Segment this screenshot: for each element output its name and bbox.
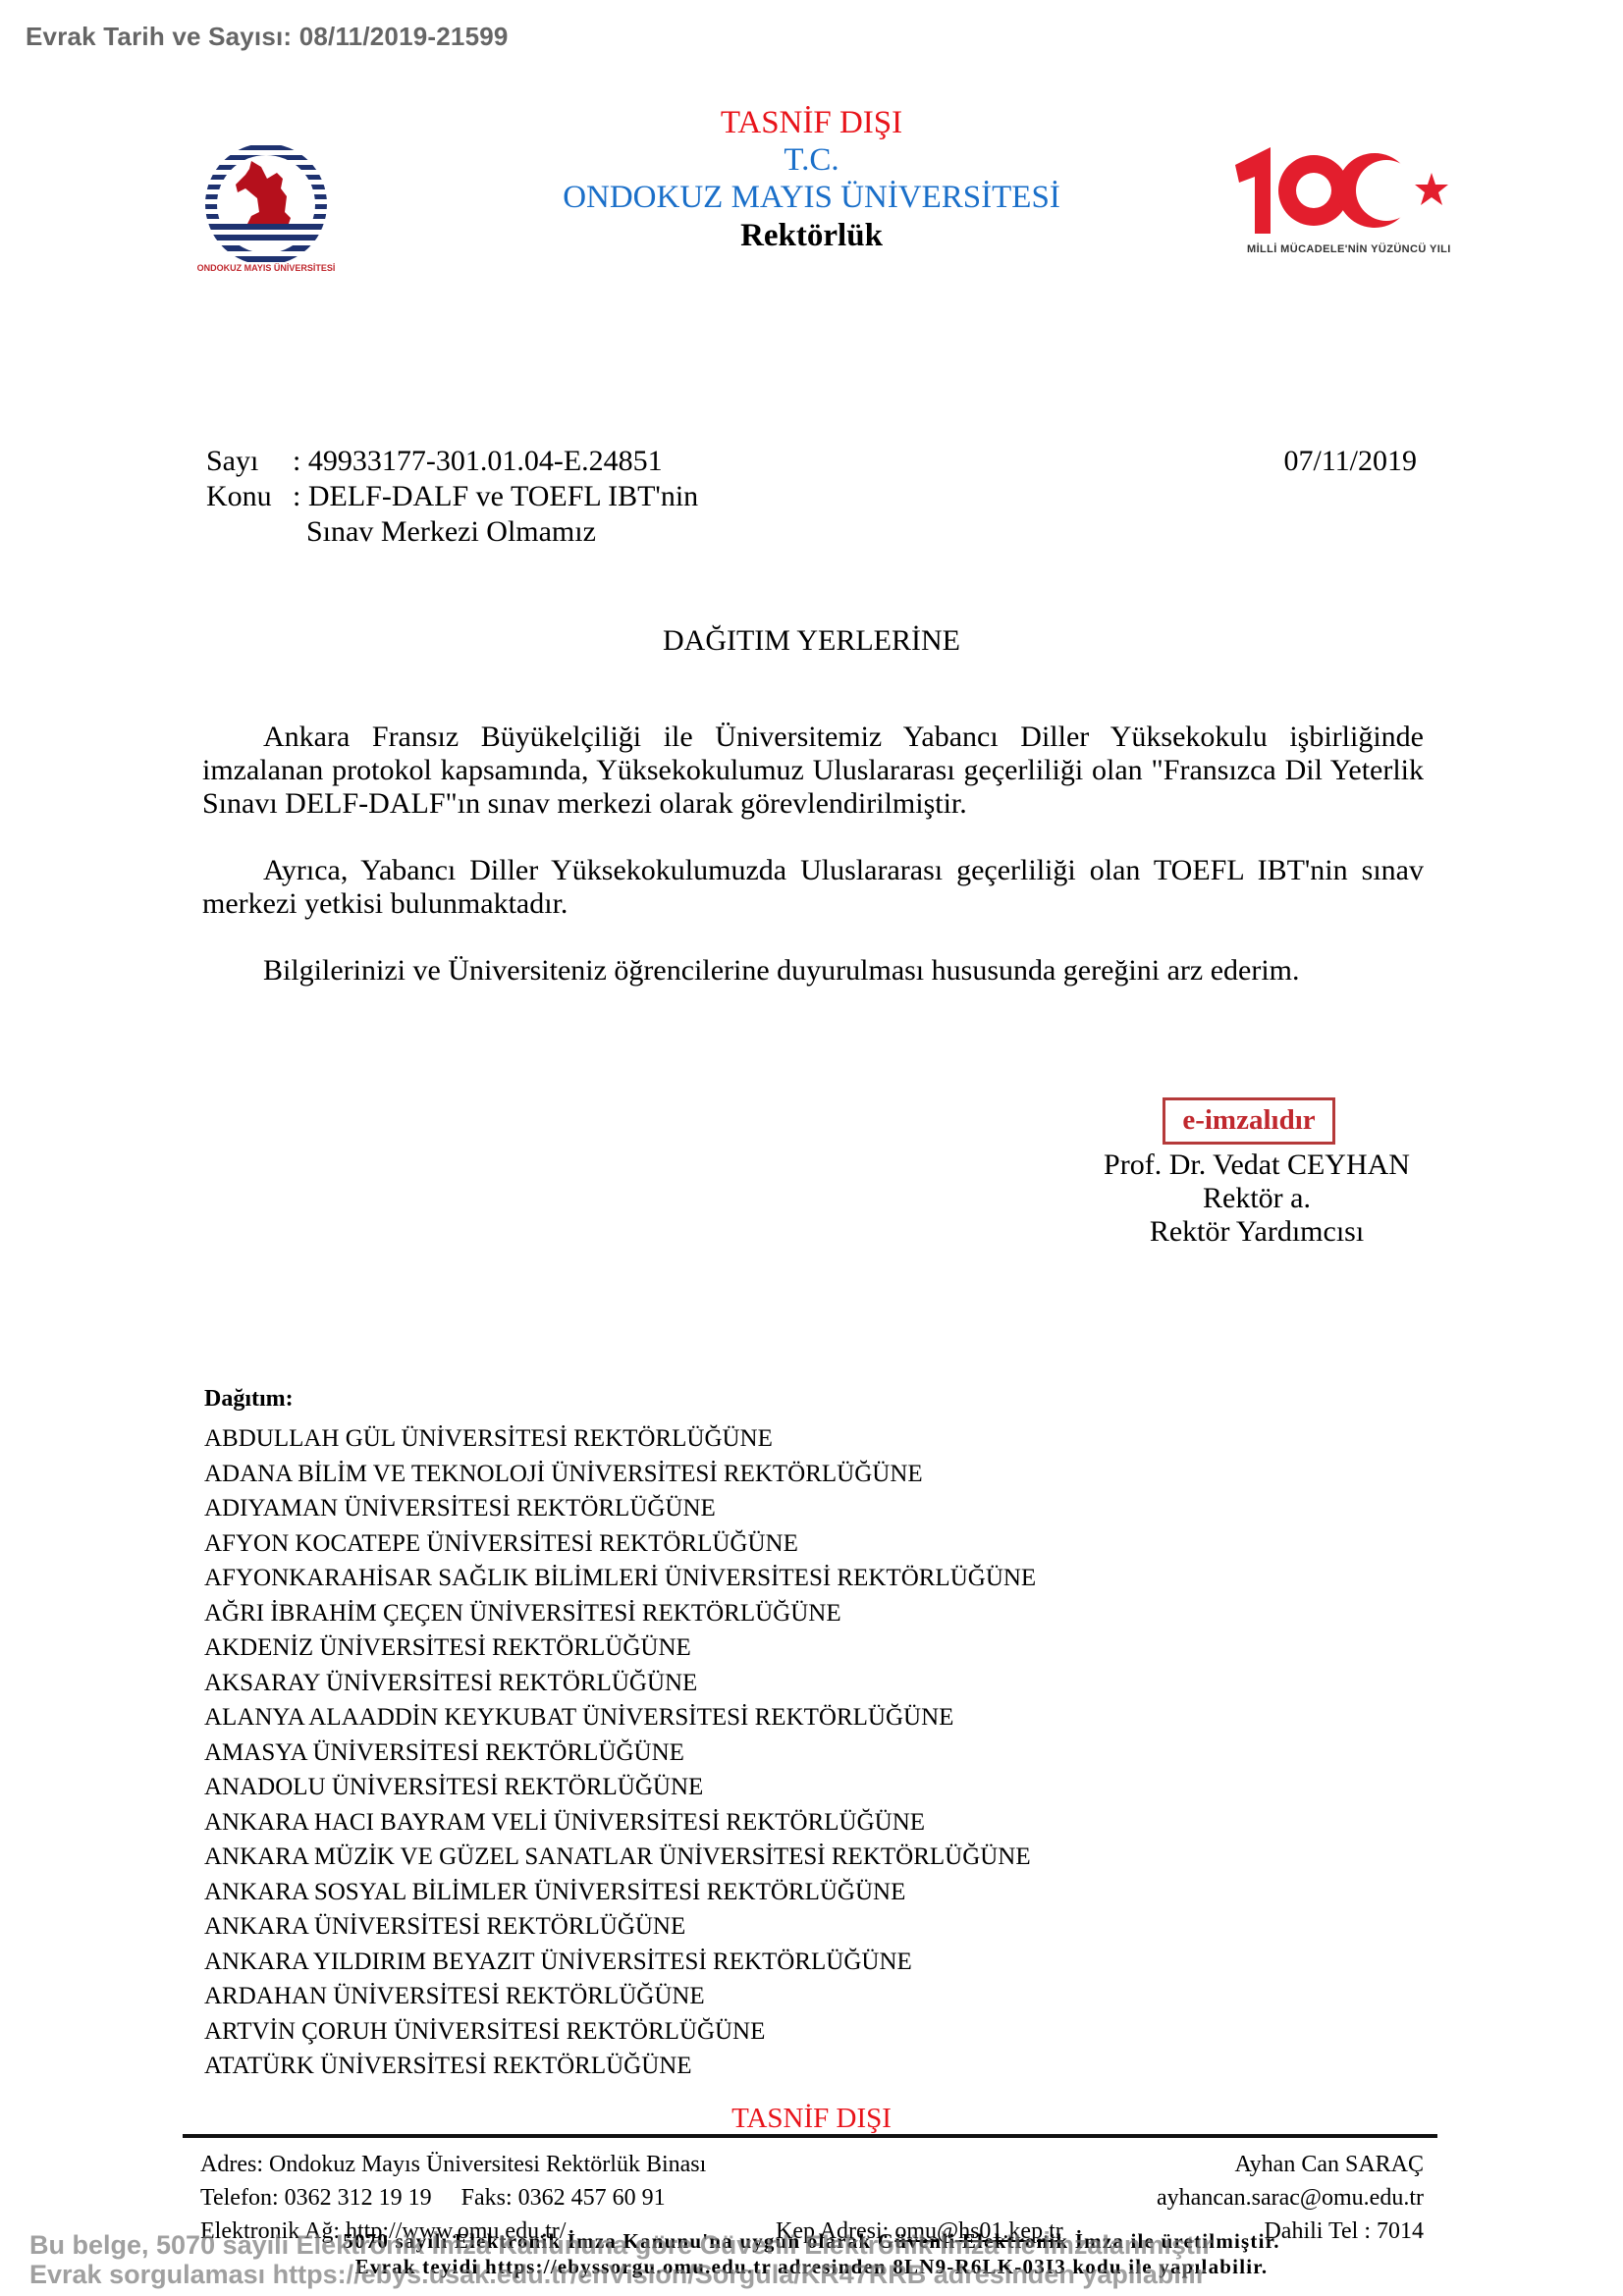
body-paragraph: Bilgilerinizi ve Üniversiteniz öğrencile… — [202, 954, 1424, 988]
centennial-caption: MİLLİ MÜCADELE'NİN YÜZÜNCÜ YILI — [1247, 243, 1451, 255]
list-item: AFYON KOCATEPE ÜNİVERSİTESİ REKTÖRLÜĞÜNE — [204, 1526, 1036, 1562]
document-date: 07/11/2019 — [1283, 444, 1417, 479]
list-item: ANADOLU ÜNİVERSİTESİ REKTÖRLÜĞÜNE — [204, 1770, 1036, 1805]
signature-block: Prof. Dr. Vedat CEYHAN Rektör a. Rektör … — [1060, 1148, 1453, 1249]
classification-label: TASNİF DIŞI — [0, 104, 1623, 141]
subject-value-line1: : DELF-DALF ve TOEFL IBT'nin — [293, 479, 698, 514]
signer-name: Prof. Dr. Vedat CEYHAN — [1060, 1148, 1453, 1182]
number-label: Sayı — [206, 444, 293, 479]
list-item: AKSARAY ÜNİVERSİTESİ REKTÖRLÜĞÜNE — [204, 1666, 1036, 1701]
receiver-query-notice: Evrak sorgulaması https://ebys.usak.edu.… — [29, 2260, 1213, 2289]
receiver-signature-notice: Bu belge, 5070 sayılı Elektronik İmza Ka… — [29, 2230, 1213, 2260]
number-value: : 49933177-301.01.04-E.24851 — [293, 444, 663, 479]
list-item: ANKARA ÜNİVERSİTESİ REKTÖRLÜĞÜNE — [204, 1909, 1036, 1945]
centennial-logo: MİLLİ MÜCADELE'NİN YÜZÜNCÜ YILI — [1227, 137, 1453, 260]
addressee-heading: DAĞITIM YERLERİNE — [0, 624, 1623, 658]
list-item: ARDAHAN ÜNİVERSİTESİ REKTÖRLÜĞÜNE — [204, 1979, 1036, 2014]
list-item: AFYONKARAHİSAR SAĞLIK BİLİMLERİ ÜNİVERSİ… — [204, 1561, 1036, 1596]
distribution-heading: Dağıtım: — [204, 1386, 294, 1413]
signer-title: Rektör Yardımcısı — [1060, 1215, 1453, 1249]
list-item: AĞRI İBRAHİM ÇEÇEN ÜNİVERSİTESİ REKTÖRLÜ… — [204, 1596, 1036, 1631]
signer-title: Rektör a. — [1060, 1182, 1453, 1215]
list-item: ARTVİN ÇORUH ÜNİVERSİTESİ REKTÖRLÜĞÜNE — [204, 2014, 1036, 2050]
contact-name: Ayhan Can SARAÇ — [1235, 2148, 1424, 2181]
list-item: AMASYA ÜNİVERSİTESİ REKTÖRLÜĞÜNE — [204, 1735, 1036, 1771]
subject-value-line2: Sınav Merkezi Olmamız — [293, 514, 596, 550]
e-signature-stamp: e-imzalıdır — [1163, 1097, 1335, 1145]
list-item: ABDULLAH GÜL ÜNİVERSİTESİ REKTÖRLÜĞÜNE — [204, 1421, 1036, 1457]
footer-divider — [183, 2134, 1437, 2138]
list-item: ATATÜRK ÜNİVERSİTESİ REKTÖRLÜĞÜNE — [204, 2049, 1036, 2084]
distribution-list: ABDULLAH GÜL ÜNİVERSİTESİ REKTÖRLÜĞÜNE A… — [204, 1421, 1036, 2084]
body-paragraph: Ankara Fransız Büyükelçiliği ile Ünivers… — [202, 721, 1424, 821]
contact-email[interactable]: ayhancan.sarac@omu.edu.tr — [1157, 2181, 1424, 2215]
subject-label: Konu — [206, 479, 293, 514]
document-date-number-stamp: Evrak Tarih ve Sayısı: 08/11/2019-21599 — [26, 22, 509, 52]
centennial-100-icon — [1227, 137, 1453, 240]
list-item: ADIYAMAN ÜNİVERSİTESİ REKTÖRLÜĞÜNE — [204, 1491, 1036, 1526]
footer-classification-label: TASNİF DIŞI — [0, 2103, 1623, 2135]
list-item: AKDENİZ ÜNİVERSİTESİ REKTÖRLÜĞÜNE — [204, 1630, 1036, 1666]
letter-body: Ankara Fransız Büyükelçiliği ile Ünivers… — [202, 721, 1424, 1021]
list-item: ADANA BİLİM VE TEKNOLOJİ ÜNİVERSİTESİ RE… — [204, 1457, 1036, 1492]
list-item: ANKARA MÜZİK VE GÜZEL SANATLAR ÜNİVERSİT… — [204, 1840, 1036, 1875]
list-item: ALANYA ALAADDİN KEYKUBAT ÜNİVERSİTESİ RE… — [204, 1700, 1036, 1735]
receiver-stamp-overlay: Bu belge, 5070 sayılı Elektronik İmza Ka… — [29, 2230, 1213, 2289]
body-paragraph: Ayrıca, Yabancı Diller Yüksekokulumuzda … — [202, 854, 1424, 921]
list-item: ANKARA YILDIRIM BEYAZIT ÜNİVERSİTESİ REK… — [204, 1945, 1036, 1980]
document-meta: Sayı : 49933177-301.01.04-E.24851 Konu :… — [206, 444, 698, 550]
svg-text:ONDOKUZ MAYIS ÜNİVERSİTESİ: ONDOKUZ MAYIS ÜNİVERSİTESİ — [197, 263, 336, 273]
list-item: ANKARA SOSYAL BİLİMLER ÜNİVERSİTESİ REKT… — [204, 1875, 1036, 1910]
phone-fax-text: Telefon: 0362 312 19 19 Faks: 0362 457 6… — [200, 2181, 666, 2215]
list-item: ANKARA HACI BAYRAM VELİ ÜNİVERSİTESİ REK… — [204, 1805, 1036, 1841]
address-text: Adres: Ondokuz Mayıs Üniversitesi Rektör… — [200, 2148, 706, 2181]
